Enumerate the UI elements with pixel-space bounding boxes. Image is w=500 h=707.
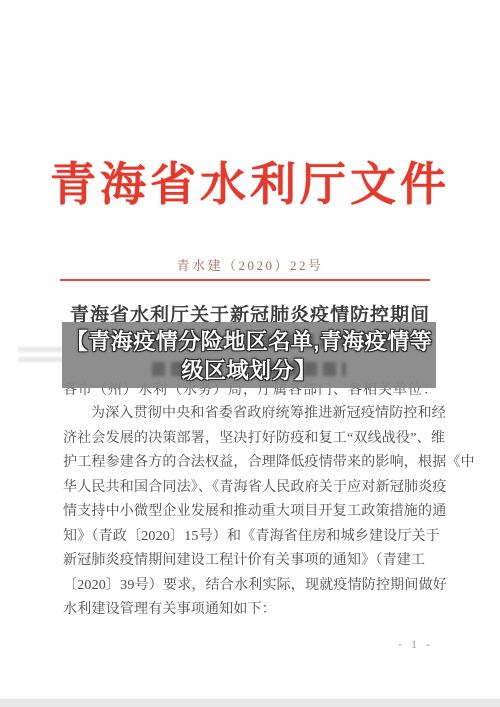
document-reference-number: 青水建（2020）22号 (0, 255, 500, 274)
body-line: 新冠肺炎疫情期间建设工程计价有关事项的通知》（青建工 (63, 549, 443, 574)
page-number: - 1 - (398, 637, 433, 652)
body-line: 水利建设管理有关事项通知如下： (63, 598, 443, 623)
overlay-banner: 【青海疫情分险地区名单,青海疫情等 级区域划分】 (62, 322, 436, 388)
body-line: 情支持中小微型企业发展和推动重大项目开复工政策措施的通 (63, 500, 443, 525)
document-page: 青海省水利厅文件 青水建（2020）22号 青海省水利厅关于新冠肺炎疫情防控期间… (0, 0, 500, 707)
scan-artifact (18, 347, 64, 367)
overlay-headline-line2: 级区域划分】 (62, 356, 436, 385)
overlay-headline-line1: 【青海疫情分险地区名单,青海疫情等 (62, 327, 436, 356)
red-divider-line (60, 279, 430, 281)
body-line: 〔2020〕39号）要求，结合水利实际，现就疫情防控期间做好 (63, 574, 443, 599)
body-line: 济社会发展的决策部署，坚决打好防疫和复工“双线战役”、维 (63, 427, 443, 452)
scan-artifact-bar (18, 347, 64, 352)
body-line: 为深入贯彻中央和省委省政府统筹推进新冠疫情防控和经 (63, 402, 443, 427)
body-line: 护工程参建各方的合法权益，合理降低疫情带来的影响，根据《中 (63, 451, 443, 476)
letterhead-title: 青海省水利厅文件 (0, 148, 500, 214)
body-line: 华人民共和国合同法》、《青海省人民政府关于应对新冠肺炎疫 (63, 476, 443, 501)
scan-artifact-bar (18, 357, 64, 362)
bottom-edge-strip (0, 699, 500, 707)
body-line: 知》（青政〔2020〕15号）和《青海省住房和城乡建设厅关于 (63, 525, 443, 550)
body-paragraph: 为深入贯彻中央和省委省政府统筹推进新冠疫情防控和经 济社会发展的决策部署，坚决打… (63, 402, 443, 623)
